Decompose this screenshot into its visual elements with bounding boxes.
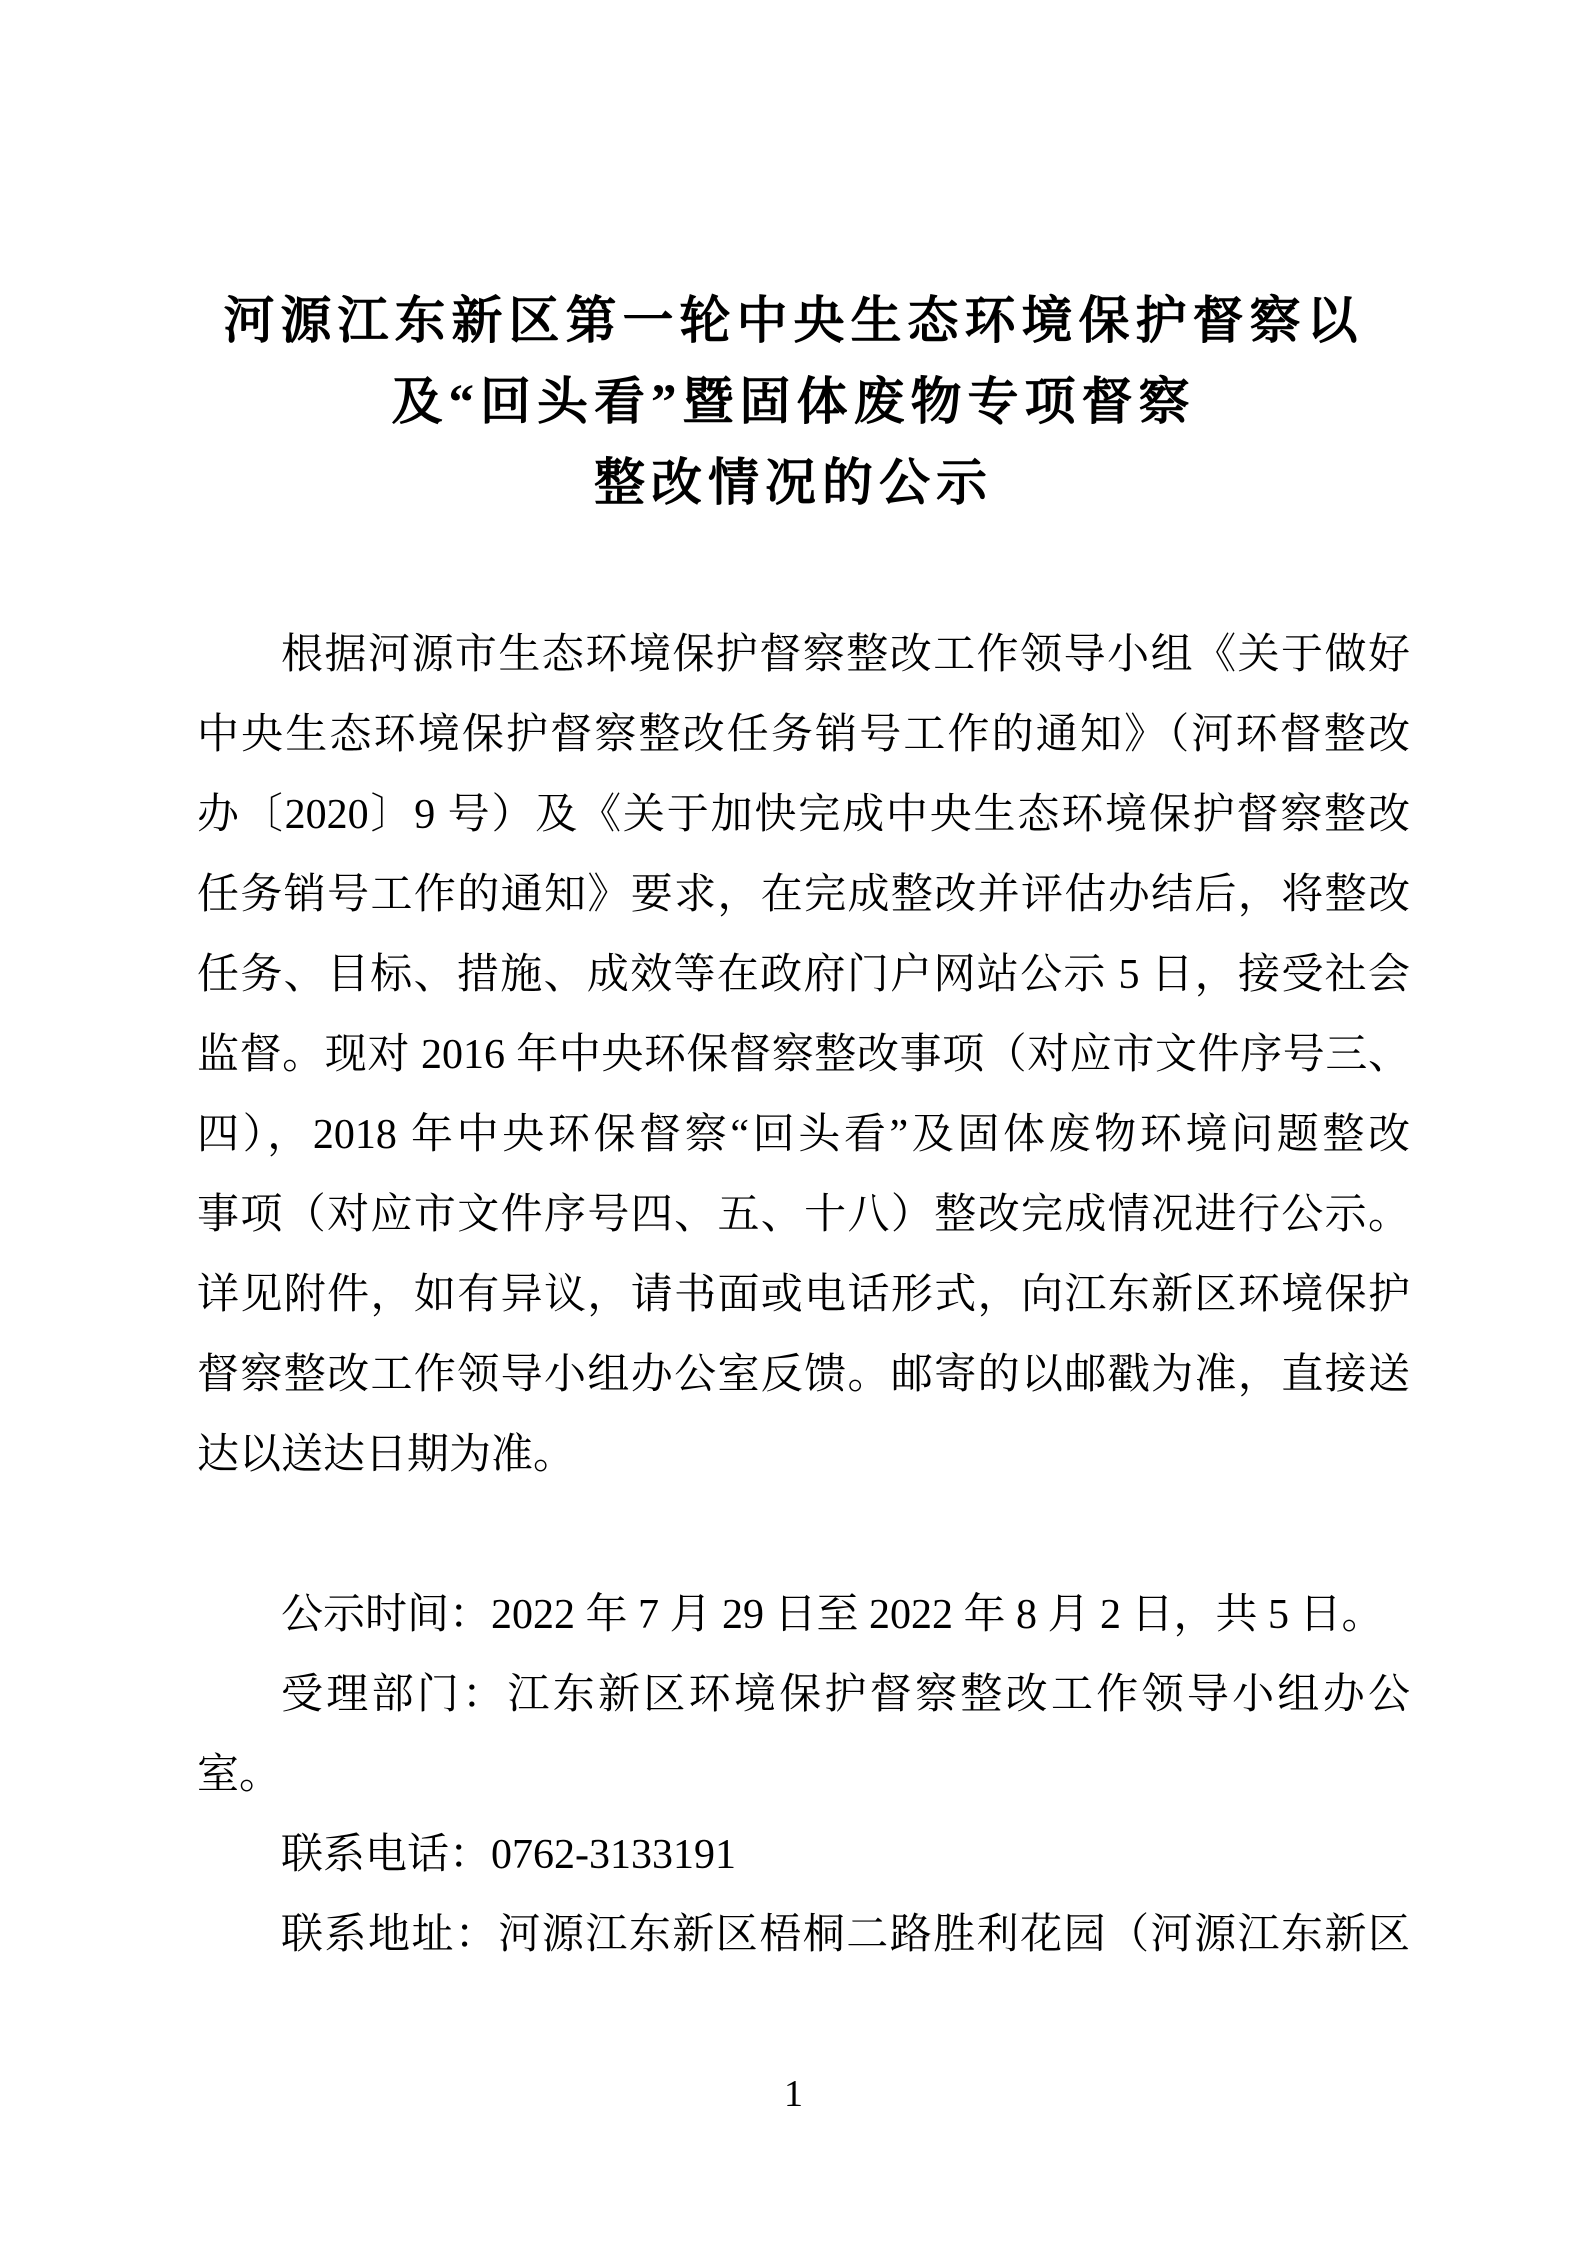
body-line-1: 根据河源市生态环境保护督察整改工作领导小组《关于做好 xyxy=(197,615,1410,695)
page-number: 1 xyxy=(0,2072,1587,2116)
body-line-7: 四），2018 年中央环保督察“回头看”及固体废物环境问题整改 xyxy=(197,1095,1410,1175)
notice-paragraph: 根据河源市生态环境保护督察整改工作领导小组《关于做好 中央生态环境保护督察整改任… xyxy=(197,615,1410,1495)
body-line-11: 达以送达日期为准。 xyxy=(197,1415,1410,1495)
contact-info-block: 公示时间：2022 年 7 月 29 日至 2022 年 8 月 2 日，共 5… xyxy=(197,1575,1410,1975)
title-line-2: 及“回头看”暨固体废物专项督察 xyxy=(0,363,1587,444)
contact-phone-line: 联系电话：0762-3133191 xyxy=(197,1815,1410,1895)
document-page: 河源江东新区第一轮中央生态环境保护督察以 及“回头看”暨固体废物专项督察 整改情… xyxy=(0,0,1587,2245)
body-line-10: 督察整改工作领导小组办公室反馈。邮寄的以邮戳为准，直接送 xyxy=(197,1335,1410,1415)
body-line-3: 办〔2020〕9 号）及《关于加快完成中央生态环境保护督察整改 xyxy=(197,775,1410,855)
title-line-1: 河源江东新区第一轮中央生态环境保护督察以 xyxy=(0,282,1587,363)
title-line-3: 整改情况的公示 xyxy=(0,444,1587,525)
body-line-6: 监督。现对 2016 年中央环保督察整改事项（对应市文件序号三、 xyxy=(197,1015,1410,1095)
body-line-4: 任务销号工作的通知》要求，在完成整改并评估办结后，将整改 xyxy=(197,855,1410,935)
body-line-2: 中央生态环境保护督察整改任务销号工作的通知》（河环督整改 xyxy=(197,695,1410,775)
contact-address-line: 联系地址：河源江东新区梧桐二路胜利花园（河源江东新区 xyxy=(197,1895,1410,1975)
publicity-period-line: 公示时间：2022 年 7 月 29 日至 2022 年 8 月 2 日，共 5… xyxy=(197,1575,1410,1655)
accepting-department-line: 受理部门：江东新区环境保护督察整改工作领导小组办公 xyxy=(197,1655,1410,1735)
document-title: 河源江东新区第一轮中央生态环境保护督察以 及“回头看”暨固体废物专项督察 整改情… xyxy=(0,0,1587,525)
body-line-5: 任务、目标、措施、成效等在政府门户网站公示 5 日，接受社会 xyxy=(197,935,1410,1015)
body-line-8: 事项（对应市文件序号四、五、十八）整改完成情况进行公示。 xyxy=(197,1175,1410,1255)
accepting-department-cont: 室。 xyxy=(197,1735,1410,1815)
body-line-9: 详见附件，如有异议，请书面或电话形式，向江东新区环境保护 xyxy=(197,1255,1410,1335)
